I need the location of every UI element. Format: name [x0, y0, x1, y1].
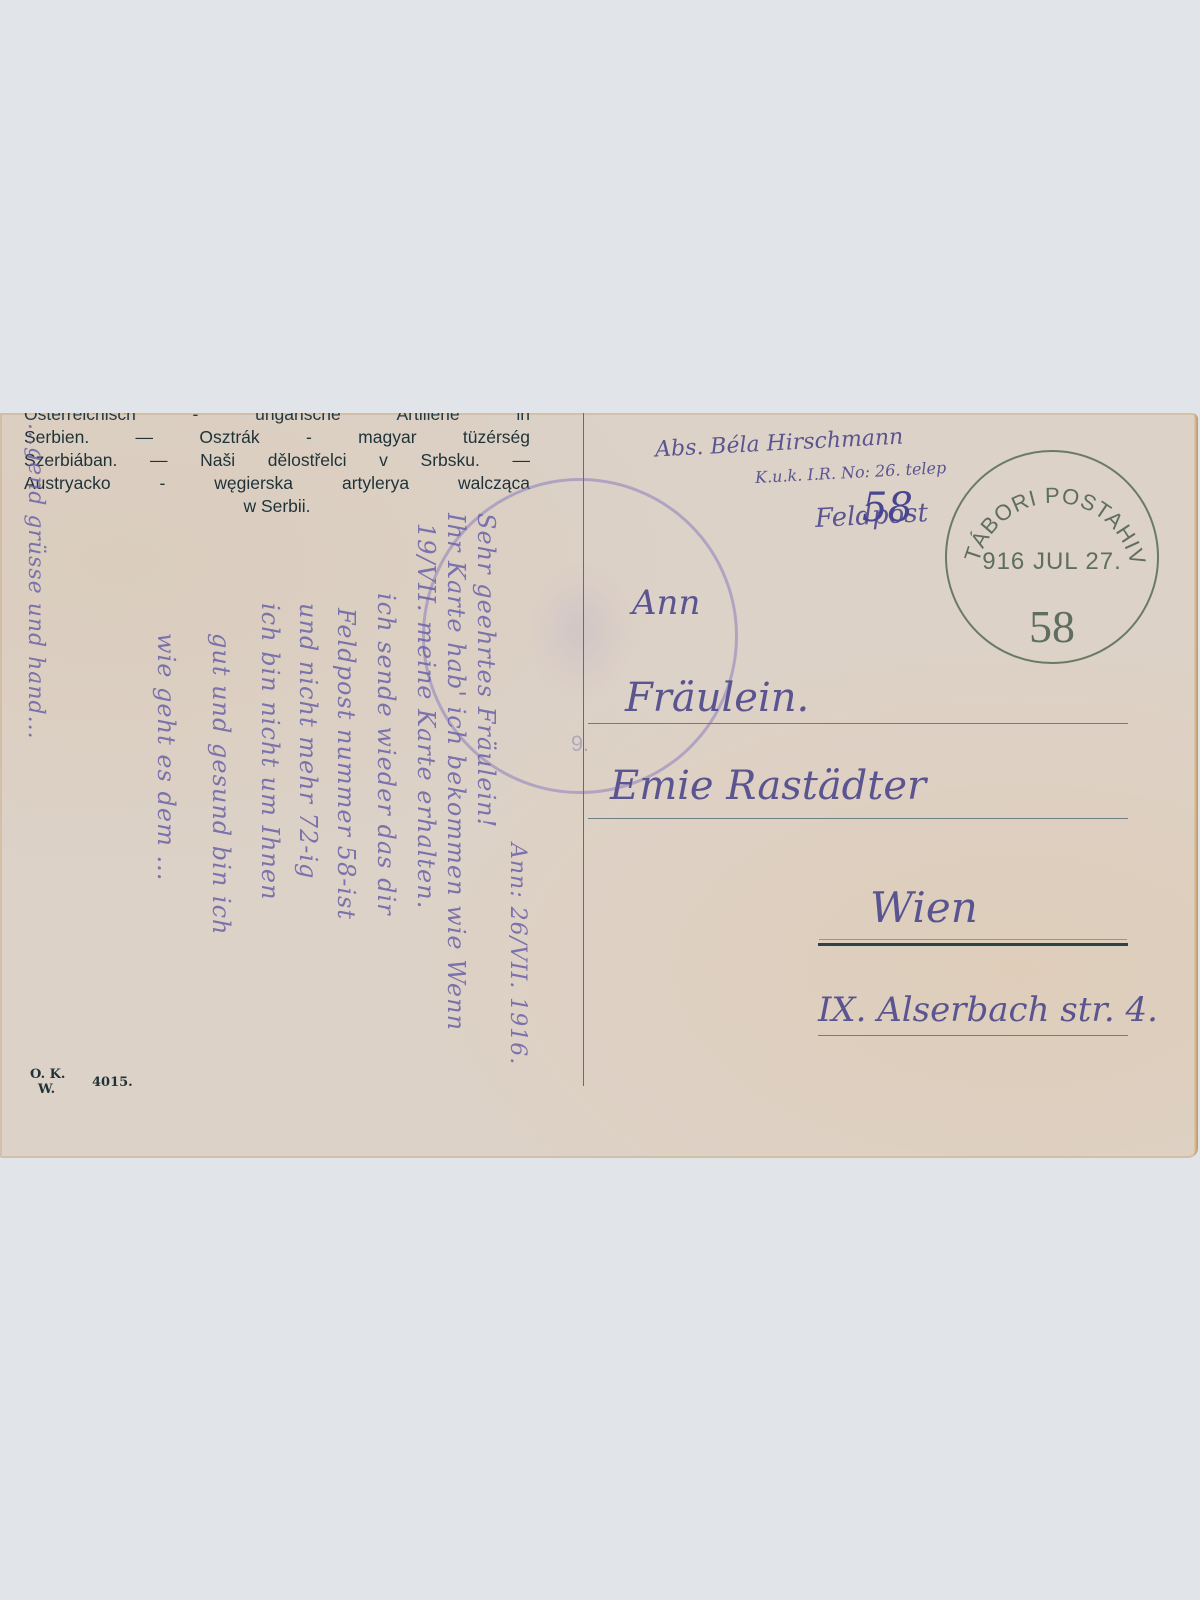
printed-caption: Österreichisch - ungarische Artillerie i…: [24, 413, 530, 518]
address-street: IX. Alserbach str. 4.: [818, 990, 1158, 1030]
address-salutation: Ann: [632, 583, 700, 623]
publisher-initials: O. K.: [30, 1067, 65, 1082]
caption-line: Serbien. — Osztrák - magyar tüzérség: [24, 426, 530, 449]
message-line: ich bin nicht um Ihnen: [256, 603, 284, 901]
message-date: Ann: 26/VII. 1916.: [505, 843, 530, 1065]
caption-line: Szerbiában. — Naši dělostřelci v Srbsku.…: [24, 449, 530, 472]
address-line: [588, 818, 1128, 819]
message-line: Feldpost nummer 58-ist: [332, 608, 360, 920]
publisher-number: 4015.: [92, 1075, 133, 1090]
address-line: [818, 1035, 1128, 1036]
message-line: Sehr geehrtes Fräulein!: [472, 513, 500, 828]
message-line: wie geht es dem ...: [152, 633, 180, 881]
address-line: [818, 943, 1128, 946]
address-city: Wien: [870, 883, 978, 932]
publisher-initial-w: W.: [30, 1082, 65, 1097]
publisher-mark: O. K. W. 4015.: [30, 1067, 65, 1097]
message-line: 19/VII. meine Karte erhalten.: [412, 523, 440, 909]
eagle-emblem-icon: [525, 561, 635, 701]
postmark-number: 58: [947, 600, 1157, 653]
center-divider: [583, 413, 584, 1086]
tax-mark: 58: [862, 485, 913, 531]
address-title: Fräulein.: [625, 675, 809, 721]
address-line: [588, 723, 1128, 724]
sender-name: Abs. Béla Hirschmann: [655, 425, 904, 463]
address-name: Emie Rastädter: [610, 763, 926, 809]
caption-line: Österreichisch - ungarische Artillerie i…: [24, 413, 530, 426]
field-post-postmark: TÁBORI POSTAHIVATAL 916 JUL 27. 58: [945, 450, 1159, 664]
postmark-date: 916 JUL 27.: [947, 548, 1157, 576]
caption-line: Austryacko - węgierska artylerya walcząc…: [24, 472, 530, 495]
message-line: ...gend grüsse und hand...: [23, 423, 48, 740]
message-line: Ihr Karte hab' ich bekommen wie Wenn: [442, 513, 470, 1031]
postcard: Österreichisch - ungarische Artillerie i…: [0, 413, 1198, 1158]
message-line: und nicht mehr 72-ig: [294, 603, 322, 879]
sender-unit: K.u.k. I.R. No: 26. telep: [755, 458, 947, 487]
message-line: ich sende wieder das dir: [372, 593, 400, 916]
message-line: gut und gesund bin ich: [207, 633, 235, 936]
